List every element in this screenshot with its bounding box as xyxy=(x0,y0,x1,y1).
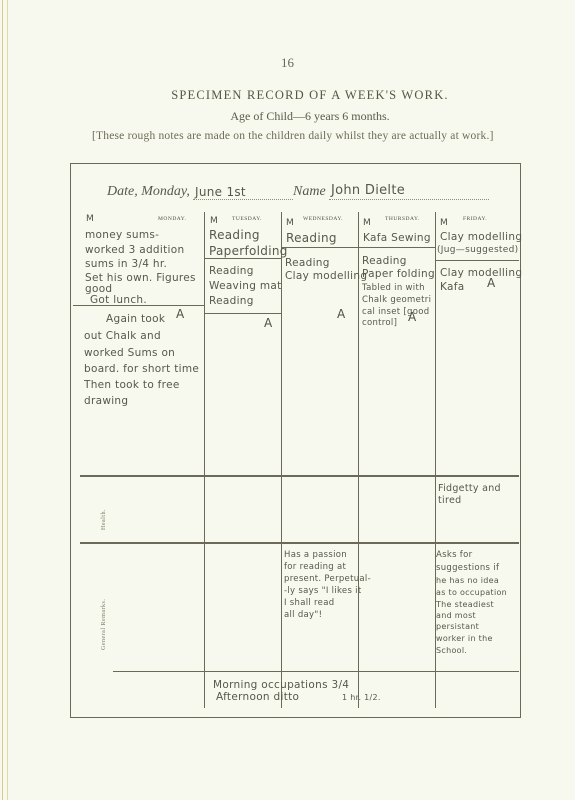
attendance-mark: A xyxy=(408,310,416,324)
day-header-tuesday: TUESDAY. xyxy=(232,216,262,222)
page-note: [These rough notes are made on the child… xyxy=(92,130,494,142)
general-remarks-label: General Remarks. xyxy=(101,599,107,650)
day-header-wednesday: WEDNESDAY. xyxy=(303,216,343,222)
name-label: Name xyxy=(293,184,326,200)
column-divider xyxy=(358,212,359,708)
date-value: June 1st xyxy=(195,184,246,200)
summary-row-top xyxy=(113,671,519,672)
page-title: SPECIMEN RECORD OF A WEEK'S WORK. xyxy=(0,88,575,103)
health-row-label: Health. xyxy=(101,509,107,530)
day-header-thursday: THURSDAY. xyxy=(385,216,420,222)
attendance-mark: A xyxy=(176,307,184,321)
attendance-mark: A xyxy=(337,307,345,321)
page-subtitle: Age of Child—6 years 6 months. xyxy=(0,109,575,124)
pm-marker: M xyxy=(210,216,218,226)
thursday-divider xyxy=(358,247,435,248)
day-header-monday: MONDAY. xyxy=(158,216,186,222)
pm-marker: M xyxy=(363,218,371,228)
pm-marker: M xyxy=(440,218,448,228)
name-value: John Dielte xyxy=(331,183,405,199)
tuesday-divider-2 xyxy=(204,313,281,314)
pm-marker: M xyxy=(86,214,94,224)
wednesday-divider xyxy=(281,247,358,248)
friday-divider xyxy=(435,260,519,261)
page-number: 16 xyxy=(0,55,575,71)
date-label: Date, Monday, xyxy=(107,184,190,200)
pm-marker: M xyxy=(286,218,294,228)
column-divider xyxy=(204,212,205,708)
name-underline xyxy=(329,199,489,200)
day-header-friday: FRIDAY. xyxy=(463,216,487,222)
attendance-mark: A xyxy=(264,316,272,330)
date-underline xyxy=(193,199,293,200)
attendance-mark: A xyxy=(487,276,495,290)
health-row-top xyxy=(80,475,519,477)
remarks-row-top xyxy=(80,542,519,544)
